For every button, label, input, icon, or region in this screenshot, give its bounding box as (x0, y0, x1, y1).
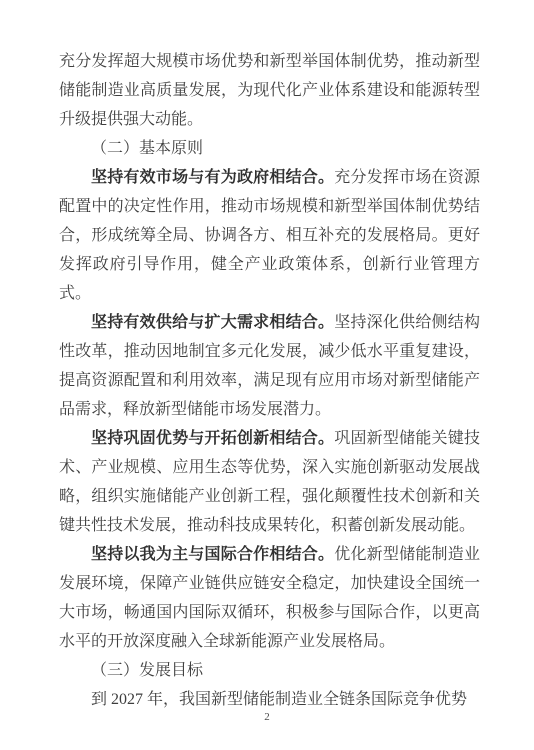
section-heading-basic-principles: （二）基本原则 (59, 134, 480, 163)
paragraph-principle-effective-market: 坚持有效市场与有为政府相结合。充分发挥市场在资源配置中的决定性作用，推动市场规模… (59, 163, 480, 308)
paragraph-principle-international-cooperation: 坚持以我为主与国际合作相结合。优化新型储能制造业发展环境，保障产业链供应链安全稳… (59, 540, 480, 656)
page-number: 2 (0, 711, 534, 723)
paragraph-development-goals-first-line: 到 2027 年，我国新型储能制造业全链条国际竞争优势 (59, 685, 480, 714)
paragraph-principle-consolidate-advantages: 坚持巩固优势与开拓创新相结合。巩固新型储能关键技术、产业规模、应用生态等优势，深… (59, 424, 480, 540)
paragraph-lead: 坚持有效市场与有为政府相结合。 (91, 169, 334, 186)
paragraph-text: 充分发挥市场在资源配置中的决定性作用，推动市场规模和新型举国体制优势结合，形成统… (59, 169, 480, 302)
paragraph-lead: 坚持有效供给与扩大需求相结合。 (91, 314, 334, 331)
document-body: 充分发挥超大规模市场优势和新型举国体制优势，推动新型储能制造业高质量发展，为现代… (59, 47, 480, 714)
paragraph-lead: 坚持巩固优势与开拓创新相结合。 (91, 430, 334, 447)
paragraph-lead: 坚持以我为主与国际合作相结合。 (91, 546, 334, 563)
paragraph-continuation: 充分发挥超大规模市场优势和新型举国体制优势，推动新型储能制造业高质量发展，为现代… (59, 47, 480, 134)
document-page: 充分发挥超大规模市场优势和新型举国体制优势，推动新型储能制造业高质量发展，为现代… (0, 0, 534, 750)
section-heading-development-goals: （三）发展目标 (59, 656, 480, 685)
paragraph-principle-effective-supply: 坚持有效供给与扩大需求相结合。坚持深化供给侧结构性改革，推动因地制宜多元化发展，… (59, 308, 480, 424)
